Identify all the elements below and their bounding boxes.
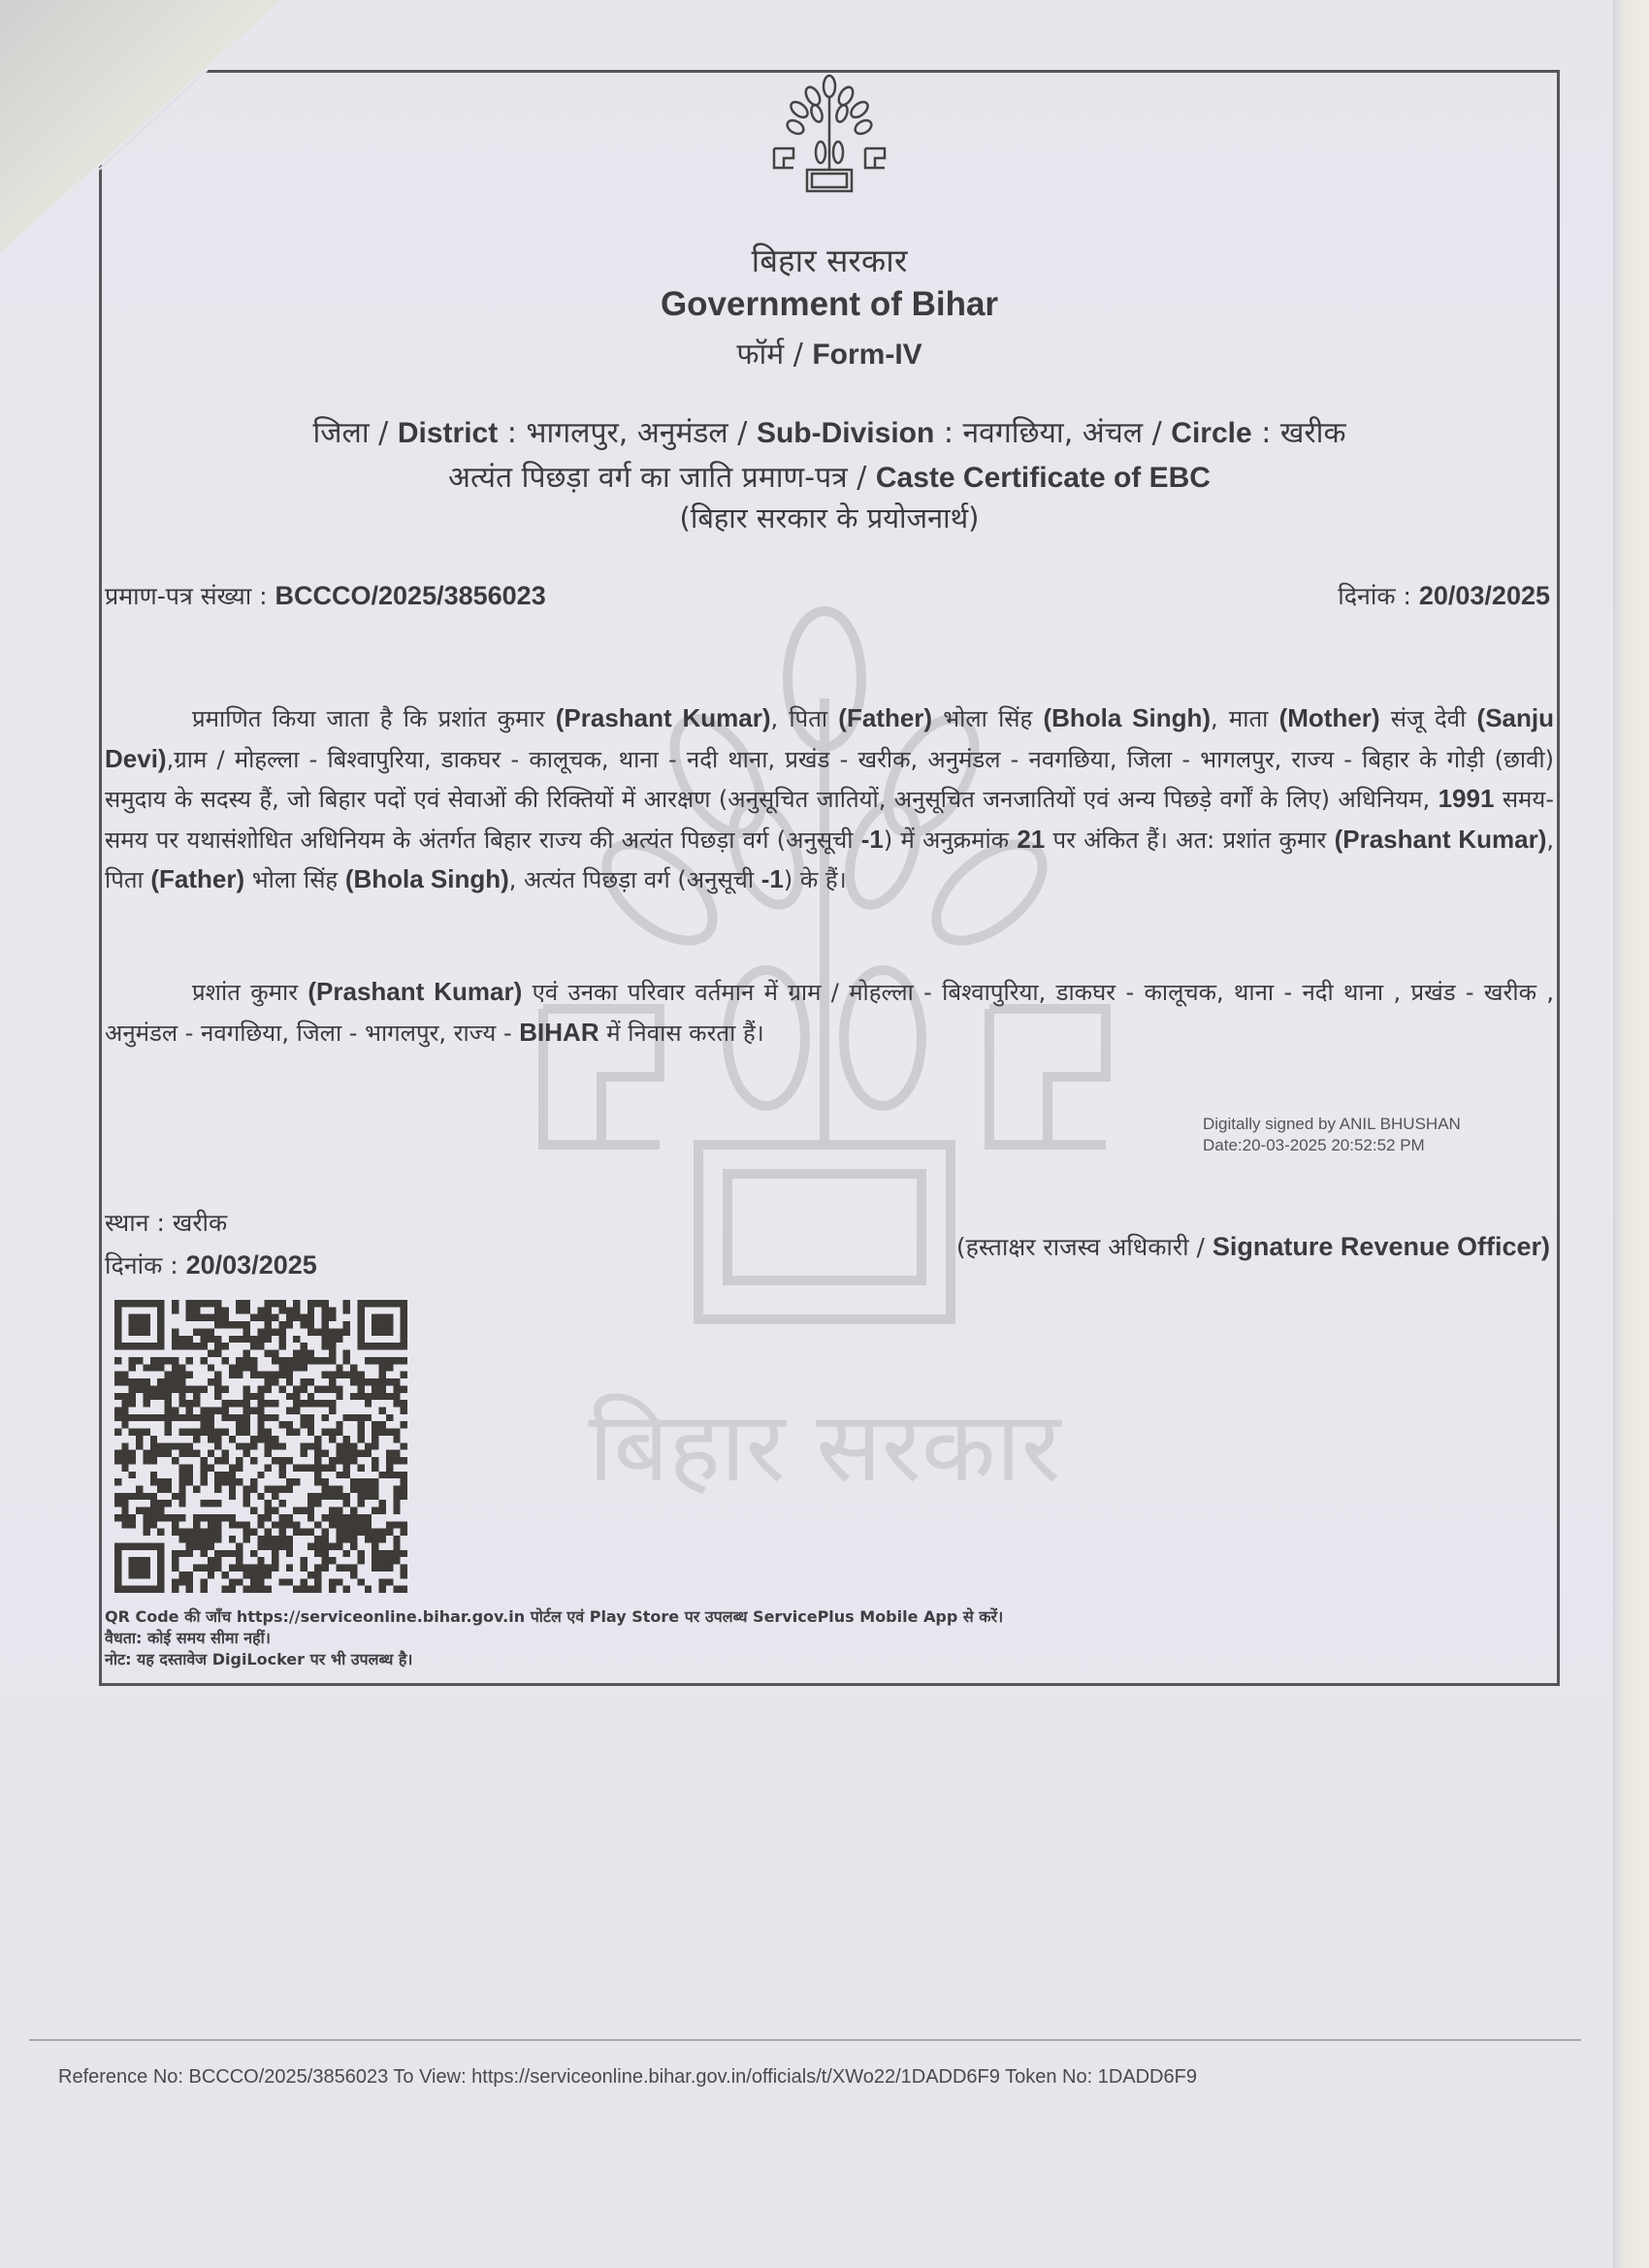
body-text: ) के हैं। — [784, 866, 847, 893]
district-label-hindi: जिला / — [313, 416, 389, 450]
separator: : — [934, 416, 962, 450]
digital-signature-date: Date:20-03-2025 20:52:52 PM — [1203, 1135, 1461, 1156]
body-text: प्रशांत कुमार — [192, 979, 307, 1006]
body-text: भोला सिंह — [244, 866, 345, 893]
certificate-type-english: Caste Certificate of EBC — [876, 462, 1211, 494]
body-text: संजू देवी — [1380, 705, 1477, 732]
officer-label-hindi: (हस्ताक्षर राजस्व अधिकारी / — [956, 1233, 1205, 1261]
emphasis-text: (Mother) — [1279, 703, 1380, 732]
footer-reference: Reference No: BCCCO/2025/3856023 To View… — [58, 2066, 1197, 2089]
qr-code-icon[interactable] — [114, 1300, 407, 1593]
officer-signature-label: (हस्ताक्षर राजस्व अधिकारी / Signature Re… — [956, 1230, 1550, 1263]
bihar-emblem-icon — [766, 73, 892, 199]
emphasis-text: (Bhola Singh) — [345, 864, 509, 893]
separator: : — [1252, 416, 1280, 450]
circle-value: खरीक — [1280, 416, 1346, 450]
certificate-purpose: (बिहार सरकार के प्रयोजनार्थ) — [99, 499, 1560, 536]
officer-label-english: Signature Revenue Officer) — [1212, 1232, 1550, 1261]
issue-place: स्थान : खरीक — [105, 1206, 227, 1239]
place-label: स्थान : — [105, 1209, 165, 1237]
body-text: पर अंकित हैं। अत: प्रशांत कुमार — [1045, 826, 1334, 854]
certificate-date-value: 20/03/2025 — [1419, 581, 1550, 610]
subdivision-label: Sub-Division — [757, 417, 934, 449]
emphasis-text: (Prashant Kumar) — [556, 703, 771, 732]
note-validity: वैधता: कोई समय सीमा नहीं। — [105, 1628, 1003, 1649]
subdivision-value: नवगछिया, — [963, 416, 1074, 450]
certificate-number: प्रमाण-पत्र संख्या : BCCCO/2025/3856023 — [105, 579, 546, 612]
circle-label-hindi: अंचल / — [1083, 416, 1162, 450]
note-digilocker: नोट: यह दस्तावेज DigiLocker पर भी उपलब्ध… — [105, 1649, 1003, 1670]
jurisdiction-line: जिला / District : भागलपुर, अनुमंडल / Sub… — [99, 411, 1560, 451]
place-value: खरीक — [173, 1209, 227, 1237]
body-text: प्रमाणित किया जाता है कि प्रशांत कुमार — [192, 705, 556, 732]
issue-date-label: दिनांक : — [105, 1251, 178, 1280]
digital-signature: Digitally signed by ANIL BHUSHAN Date:20… — [1203, 1114, 1461, 1156]
certificate-date: दिनांक : 20/03/2025 — [1338, 579, 1550, 612]
form-number: फॉर्म / Form-IV — [99, 333, 1560, 373]
form-label-english: Form-IV — [812, 339, 921, 371]
emphasis-text: BIHAR — [519, 1018, 598, 1047]
emphasis-text: -1 — [861, 825, 884, 854]
emphasis-text: 21 — [1017, 825, 1045, 854]
certificate-number-value: BCCCO/2025/3856023 — [275, 581, 546, 610]
emphasis-text: 1991 — [1439, 784, 1495, 813]
certificate-type-hindi: अत्यंत पिछड़ा वर्ग का जाति प्रमाण-पत्र / — [448, 461, 866, 495]
emphasis-text: (Father) — [150, 864, 244, 893]
body-text: भोला सिंह — [932, 705, 1043, 732]
residence-paragraph: प्रशांत कुमार (Prashant Kumar) एवं उनका … — [105, 972, 1554, 1053]
note-qr-verification: QR Code की जाँच https://serviceonline.bi… — [105, 1606, 1003, 1628]
form-label-hindi: फॉर्म / — [736, 338, 802, 372]
issue-date: दिनांक : 20/03/2025 — [105, 1248, 317, 1281]
title-hindi: बिहार सरकार — [99, 238, 1560, 281]
verification-notes: QR Code की जाँच https://serviceonline.bi… — [105, 1606, 1003, 1670]
certificate-date-label: दिनांक : — [1338, 582, 1411, 610]
circle-label: Circle — [1171, 417, 1251, 449]
body-text: , पिता — [771, 705, 839, 732]
digital-signature-signer: Digitally signed by ANIL BHUSHAN — [1203, 1114, 1461, 1135]
subdivision-label-hindi: अनुमंडल / — [637, 416, 748, 450]
certification-paragraph: प्रमाणित किया जाता है कि प्रशांत कुमार (… — [105, 698, 1554, 900]
separator: : — [498, 416, 526, 450]
district-value: भागलपुर, — [526, 416, 628, 450]
district-label: District — [398, 417, 498, 449]
emphasis-text: (Prashant Kumar) — [1335, 825, 1547, 854]
emphasis-text: (Bhola Singh) — [1043, 703, 1211, 732]
certificate-number-label: प्रमाण-पत्र संख्या : — [105, 582, 268, 610]
paper-edge — [1613, 0, 1649, 2268]
emphasis-text: (Prashant Kumar) — [307, 977, 522, 1006]
footer-divider — [29, 2039, 1581, 2041]
body-text: , अत्यंत पिछड़ा वर्ग (अनुसूची — [509, 866, 761, 893]
border-corner-cut — [97, 68, 213, 175]
body-text: ) में अनुक्रमांक — [884, 826, 1017, 854]
body-text: , माता — [1211, 705, 1279, 732]
issue-date-value: 20/03/2025 — [186, 1250, 317, 1280]
body-text: में निवास करता हैं। — [599, 1020, 764, 1047]
title-english: Government of Bihar — [99, 285, 1560, 324]
certificate-type: अत्यंत पिछड़ा वर्ग का जाति प्रमाण-पत्र /… — [99, 456, 1560, 496]
emphasis-text: (Father) — [838, 703, 932, 732]
body-text: ,ग्राम / मोहल्ला - बिश्वापुरिया, डाकघर -… — [105, 746, 1554, 814]
emphasis-text: -1 — [761, 864, 784, 893]
